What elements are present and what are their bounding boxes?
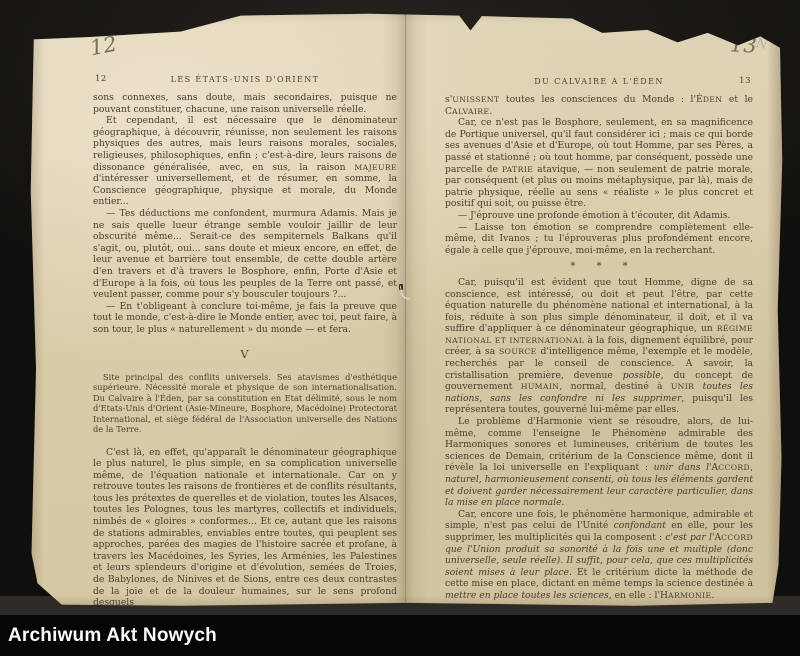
page-number-left: 12: [95, 74, 107, 86]
paragraph: — Laisse ton émotion se comprendre compl…: [445, 222, 753, 257]
paragraph: sons connexes, sans doute, mais secondai…: [93, 92, 397, 115]
page-number-right: 13: [739, 76, 751, 88]
handwritten-page-number-right: 13: [729, 32, 757, 57]
section-heading: V: [93, 349, 397, 361]
paragraph: s'UNISSENT toutes les consciences du Mon…: [445, 94, 753, 117]
section-summary: Site principal des conflits universels. …: [93, 372, 397, 434]
pencil-smudge: N: [755, 36, 769, 53]
binding-thread: [399, 283, 409, 301]
text-block-right-bottom: Car, puisqu'il est évident que tout Homm…: [445, 277, 753, 602]
page-left: 12 LES ÉTATS-UNIS D'ORIENT sons connexes…: [93, 74, 397, 609]
archive-watermark-label: Archiwum Akt Nowych: [0, 625, 217, 647]
page-right: DU CALVAIRE A L'ÉDEN 13 s'UNISSENT toute…: [445, 76, 753, 602]
archive-watermark-bar: Archiwum Akt Nowych: [0, 615, 800, 656]
running-head-left: 12 LES ÉTATS-UNIS D'ORIENT: [93, 74, 397, 85]
book-spread: 12 LES ÉTATS-UNIS D'ORIENT sons connexes…: [30, 12, 783, 607]
scan-background: 12 LES ÉTATS-UNIS D'ORIENT sons connexes…: [0, 0, 800, 656]
paragraph: — Tes déductions me confondent, murmura …: [93, 208, 397, 301]
paragraph: — En t'obligeant à conclure toi-même, je…: [93, 301, 397, 336]
paragraph: Car, puisqu'il est évident que tout Homm…: [445, 277, 753, 416]
paragraph: — J'éprouve une profonde émotion à t'éco…: [445, 210, 753, 222]
text-block-right-top: s'UNISSENT toutes les consciences du Mon…: [445, 94, 753, 256]
paragraph: Car, ce n'est pas le Bosphore, seulement…: [445, 117, 753, 210]
text-block-left-top: sons connexes, sans doute, mais secondai…: [93, 92, 397, 335]
running-head-right: DU CALVAIRE A L'ÉDEN 13: [445, 76, 753, 87]
paragraph: C'est là, en effet, qu'apparaît le dénom…: [93, 447, 397, 609]
handwritten-page-number-left: 12: [88, 32, 119, 61]
paragraph: Car, encore une fois, le phénomène harmo…: [445, 509, 753, 602]
running-title-right: DU CALVAIRE A L'ÉDEN: [534, 77, 663, 86]
paragraph: Et cependant, il est nécessaire que le d…: [93, 115, 397, 208]
text-block-left-bottom: C'est là, en effet, qu'apparaît le dénom…: [93, 447, 397, 609]
running-title-left: LES ÉTATS-UNIS D'ORIENT: [171, 75, 320, 84]
paragraph: Le problème d'Harmonie vient se résoudre…: [445, 416, 753, 509]
asterisk-divider: * * *: [445, 261, 753, 273]
